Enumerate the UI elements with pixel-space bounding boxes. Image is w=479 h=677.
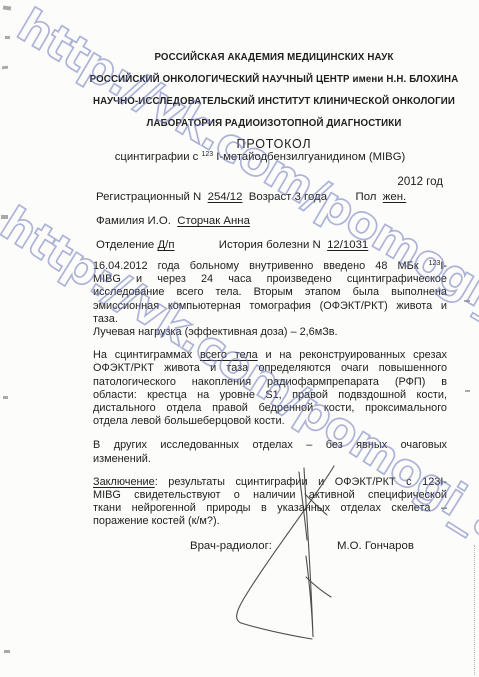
radiologist-label: Врач-радиолог: (190, 540, 272, 552)
text-line: Заключение: результаты сцинтиграфии и ОФ… (93, 476, 447, 489)
report-paragraph-dose: Лучевая нагрузка (эффективная доза) – 2,… (93, 326, 447, 339)
scan-artifact (1, 215, 8, 219)
text-line: Регистрационный N 254/12 Возраст 3 года … (96, 191, 466, 203)
text-line: исследование всего тела. Вторым этапом б… (93, 286, 447, 299)
report-paragraph-injection: 16.04.2012 года больному внутривенно вве… (93, 257, 447, 326)
radiologist-name: М.О. Гончаров (337, 540, 414, 552)
text-line: 16.04.2012 года больному внутривенно вве… (93, 257, 447, 273)
text-line: ткани нейрогенной природы в указанных от… (93, 502, 447, 515)
protocol-title: ПРОТОКОЛ (88, 137, 460, 151)
text-line: дистального отдела правой бедренной кост… (93, 402, 447, 415)
org-line-center: РОССИЙСКИЙ ОНКОЛОГИЧЕСКИЙ НАУЧНЫЙ ЦЕНТР … (88, 75, 460, 85)
text-line: изменений. (93, 453, 447, 466)
text-line: MIBG и через 24 часа произведено сцинтиг… (93, 273, 447, 286)
scan-artifact (3, 396, 8, 399)
text-line: MIBG свидетельствуют о наличии активной … (93, 489, 447, 502)
year-label: 2012 год (397, 176, 443, 188)
text-line: В других исследованных отделах – без явн… (93, 439, 447, 452)
scan-artifact (5, 36, 10, 39)
text-line: На сцинтиграммах всего тела и на реконст… (93, 349, 447, 362)
text-line: сцинтиграфии с 123 I-метайодбензилгуанид… (60, 151, 460, 163)
report-paragraph-other: В других исследованных отделах – без явн… (93, 439, 447, 465)
org-line-laboratory: ЛАБОРАТОРИЯ РАДИОИЗОТОПНОЙ ДИАГНОСТИКИ (88, 119, 460, 129)
scan-artifact (2, 66, 8, 70)
scan-artifact (474, 545, 475, 675)
text-line: отдела левой большеберцовой кости. (93, 415, 447, 428)
report-paragraph-findings: На сцинтиграммах всего тела и на реконст… (93, 349, 447, 428)
patient-form: Регистрационный N 254/12 Возраст 3 года … (96, 191, 466, 263)
scan-artifact (3, 5, 11, 10)
report-body: 16.04.2012 года больному внутривенно вве… (93, 257, 447, 529)
text-line: патологического накопления радиофармпреп… (93, 376, 447, 389)
text-line: Лучевая нагрузка (эффективная доза) – 2,… (93, 326, 447, 339)
text-line: ОФЭКТ/РКТ живота и таза определяются оча… (93, 362, 447, 375)
scan-artifact (4, 650, 10, 653)
scan-artifact (465, 390, 470, 392)
text-line: области: крестца на уровне S1, правой по… (93, 389, 447, 402)
letterhead: РОССИЙСКАЯ АКАДЕМИЯ МЕДИЦИНСКИХ НАУК РОС… (88, 53, 460, 141)
text-line: эмиссионная компьютерная томография (ОФЭ… (93, 300, 447, 313)
text-line: Отделение Д/п История болезни N 12/1031 (96, 239, 466, 251)
text-line: поражение костей (к/м?). (93, 515, 447, 528)
document-page: http://vk.com/pomogi_ane http://vk.com/p… (0, 0, 479, 677)
report-paragraph-conclusion: Заключение: результаты сцинтиграфии и ОФ… (93, 476, 447, 529)
protocol-subtitle: сцинтиграфии с 123 I-метайодбензилгуанид… (60, 151, 460, 163)
scan-artifact (464, 300, 470, 302)
org-line-institute: НАУЧНО-ИССЛЕДОВАТЕЛЬСКИЙ ИНСТИТУТ КЛИНИЧ… (88, 97, 460, 107)
org-line-academy: РОССИЙСКАЯ АКАДЕМИЯ МЕДИЦИНСКИХ НАУК (88, 53, 460, 63)
text-line: таза. (93, 313, 447, 326)
text-line: Фамилия И.О. Сторчак Анна (96, 215, 466, 227)
